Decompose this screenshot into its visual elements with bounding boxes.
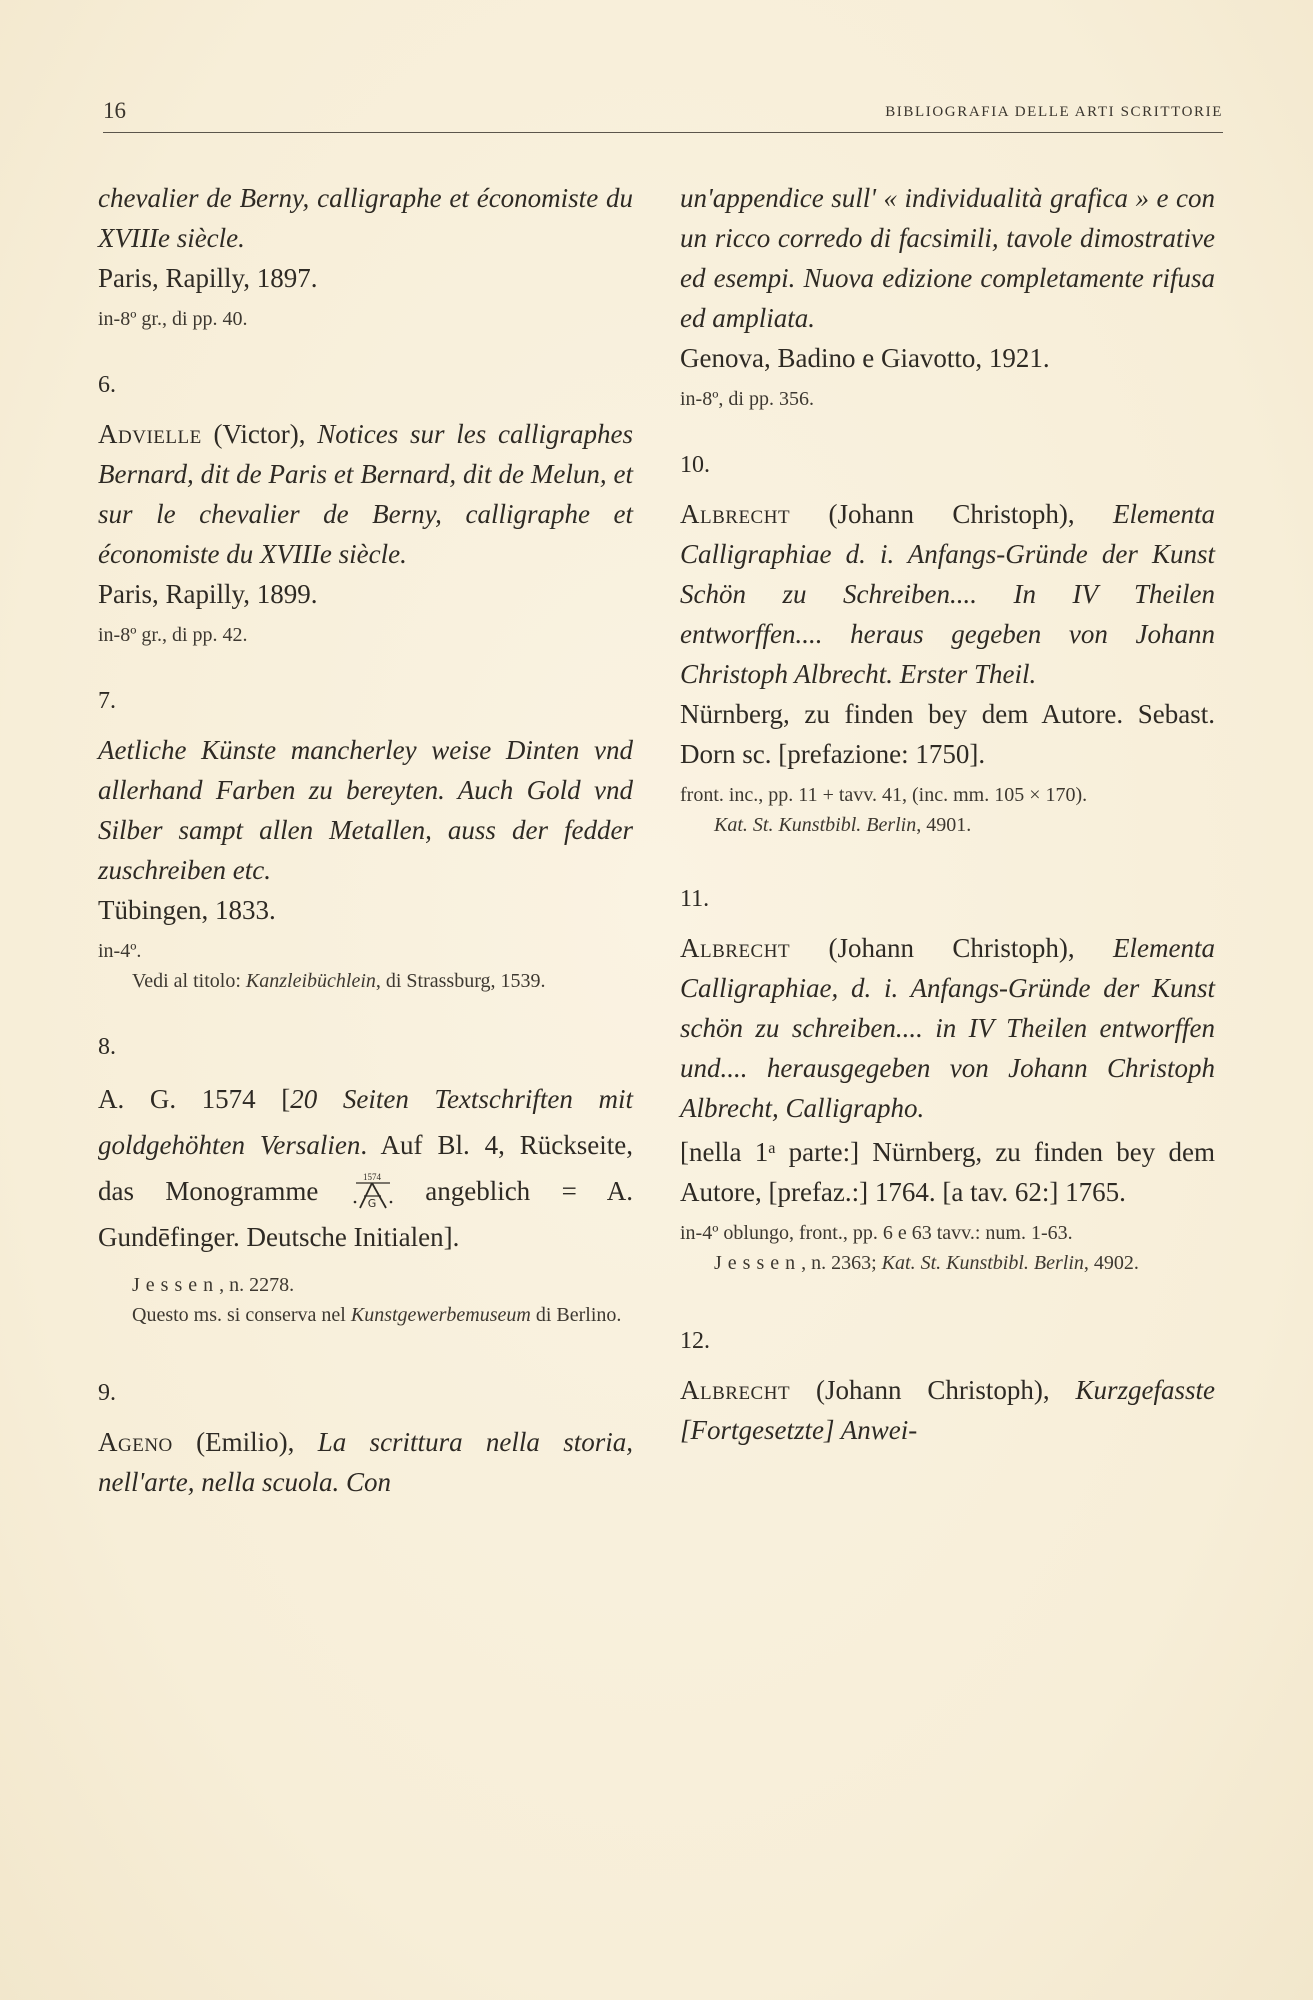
- entry-number: 7.: [98, 686, 633, 716]
- entry-imprint: [nella 1a parte:] Nürnberg, zu finden be…: [680, 1128, 1215, 1212]
- entry-citation: Albrecht (Johann Christoph), Elementa Ca…: [680, 928, 1215, 1128]
- entry-title: un'appendice sull' « individualità grafi…: [680, 178, 1215, 338]
- svg-text:G: G: [368, 1197, 377, 1210]
- entry-author: Ageno: [98, 1427, 173, 1457]
- page-number: 16: [103, 98, 126, 124]
- entry-imprint: Paris, Rapilly, 1897.: [98, 258, 633, 298]
- entry-lead: A. G. 1574 [: [98, 1084, 290, 1114]
- entry-title: chevalier de Berny, calligraphe et écono…: [98, 178, 633, 258]
- entry-citation: A. G. 1574 [20 Seiten Textschriften mit …: [98, 1076, 633, 1260]
- reference-author: Jessen: [132, 1274, 219, 1296]
- right-column: un'appendice sull' « individualità grafi…: [680, 178, 1215, 1450]
- reference-number: , 4902.: [1084, 1252, 1139, 1274]
- entry-8: 8. A. G. 1574 [20 Seiten Textschriften m…: [98, 1032, 633, 1330]
- entry-format: in-8º gr., di pp. 40.: [98, 304, 633, 334]
- entry-imprint: Genova, Badino e Giavotto, 1921.: [680, 338, 1215, 378]
- entry-format: in-8º gr., di pp. 42.: [98, 620, 633, 650]
- note-text: Vedi al titolo:: [132, 970, 246, 992]
- entry-reference: Kat. St. Kunstbibl. Berlin, 4901.: [680, 810, 1215, 840]
- entry-author-forename: (Johann Christoph),: [790, 933, 1113, 963]
- entry-format: in-8º, di pp. 356.: [680, 384, 1215, 414]
- entry-number: 11.: [680, 884, 1215, 914]
- entry-number: 8.: [98, 1032, 633, 1062]
- entry-author-forename: (Victor),: [202, 419, 318, 449]
- reference-number: , 4901.: [916, 814, 971, 836]
- book-page: 16 BIBLIOGRAFIA DELLE ARTI SCRITTORIE ch…: [0, 0, 1313, 2000]
- left-column: chevalier de Berny, calligraphe et écono…: [98, 178, 633, 1502]
- entry-author-forename: (Johann Christoph),: [790, 1375, 1075, 1405]
- entry-format: front. inc., pp. 11 + tavv. 41, (inc. mm…: [680, 780, 1215, 810]
- entry-format: in-4º.: [98, 936, 633, 966]
- entry-author-forename: (Johann Christoph),: [790, 499, 1113, 529]
- entry-author: Albrecht: [680, 1375, 790, 1405]
- entry-6: 6. Advielle (Victor), Notices sur les ca…: [98, 370, 633, 650]
- entry-number: 6.: [98, 370, 633, 400]
- note-title: Kunstgewerbemuseum: [351, 1304, 531, 1326]
- entry-citation: Advielle (Victor), Notices sur les calli…: [98, 414, 633, 574]
- entry-number: 10.: [680, 450, 1215, 480]
- entry-author: Albrecht: [680, 499, 790, 529]
- entry-citation: Albrecht (Johann Christoph), Kurzgefasst…: [680, 1370, 1215, 1450]
- running-title: BIBLIOGRAFIA DELLE ARTI SCRITTORIE: [885, 104, 1223, 121]
- entry-7: 7. Aetliche Künste mancherley weise Dint…: [98, 686, 633, 996]
- entry-reference: Jessen, n. 2363; Kat. St. Kunstbibl. Ber…: [680, 1248, 1215, 1278]
- entry-imprint: Nürnberg, zu finden bey dem Autore. Seba…: [680, 694, 1215, 774]
- monogram-ag-1574-icon: 1574 G: [350, 1172, 394, 1212]
- reference-author: Jessen: [714, 1252, 801, 1274]
- reference-catalog: Kat. St. Kunstbibl. Berlin: [714, 814, 916, 836]
- entry-number: 12.: [680, 1326, 1215, 1356]
- imprint-text: [nella 1: [680, 1137, 768, 1167]
- entry-citation: Ageno (Emilio), La scrittura nella stori…: [98, 1422, 633, 1502]
- reference-number: , n. 2278.: [219, 1274, 294, 1296]
- entry-11: 11. Albrecht (Johann Christoph), Element…: [680, 884, 1215, 1278]
- entry-note: Vedi al titolo: Kanzleibüchlein, di Stra…: [98, 966, 633, 996]
- entry-12: 12. Albrecht (Johann Christoph), Kurzgef…: [680, 1326, 1215, 1450]
- entry-title: Aetliche Künste mancherley weise Dinten …: [98, 730, 633, 890]
- note-text: , di Strassburg, 1539.: [376, 970, 546, 992]
- entry-reference: Jessen, n. 2278.: [98, 1270, 633, 1300]
- entry-citation: Albrecht (Johann Christoph), Elementa Ca…: [680, 494, 1215, 694]
- entry-author-forename: (Emilio),: [173, 1427, 318, 1457]
- running-header: 16 BIBLIOGRAFIA DELLE ARTI SCRITTORIE: [103, 98, 1223, 133]
- reference-number: , n. 2363;: [801, 1252, 882, 1274]
- note-text: di Berlino.: [531, 1304, 622, 1326]
- note-text: Questo ms. si conserva nel: [132, 1304, 351, 1326]
- entry-number: 9.: [98, 1378, 633, 1408]
- note-title: Kanzleibüchlein: [246, 970, 376, 992]
- entry-author: Advielle: [98, 419, 202, 449]
- entry-10: 10. Albrecht (Johann Christoph), Element…: [680, 450, 1215, 840]
- entry-note: Questo ms. si conserva nel Kunstgewerbem…: [98, 1300, 633, 1330]
- entry-imprint: Tübingen, 1833.: [98, 890, 633, 930]
- entry-9: 9. Ageno (Emilio), La scrittura nella st…: [98, 1378, 633, 1502]
- entry-continuation-left: chevalier de Berny, calligraphe et écono…: [98, 178, 633, 334]
- reference-catalog: Kat. St. Kunstbibl. Berlin: [882, 1252, 1084, 1274]
- entry-format: in-4º oblungo, front., pp. 6 e 63 tavv.:…: [680, 1218, 1215, 1248]
- entry-author: Albrecht: [680, 933, 790, 963]
- entry-continuation-right: un'appendice sull' « individualità grafi…: [680, 178, 1215, 414]
- svg-text:1574: 1574: [363, 1172, 382, 1182]
- entry-imprint: Paris, Rapilly, 1899.: [98, 574, 633, 614]
